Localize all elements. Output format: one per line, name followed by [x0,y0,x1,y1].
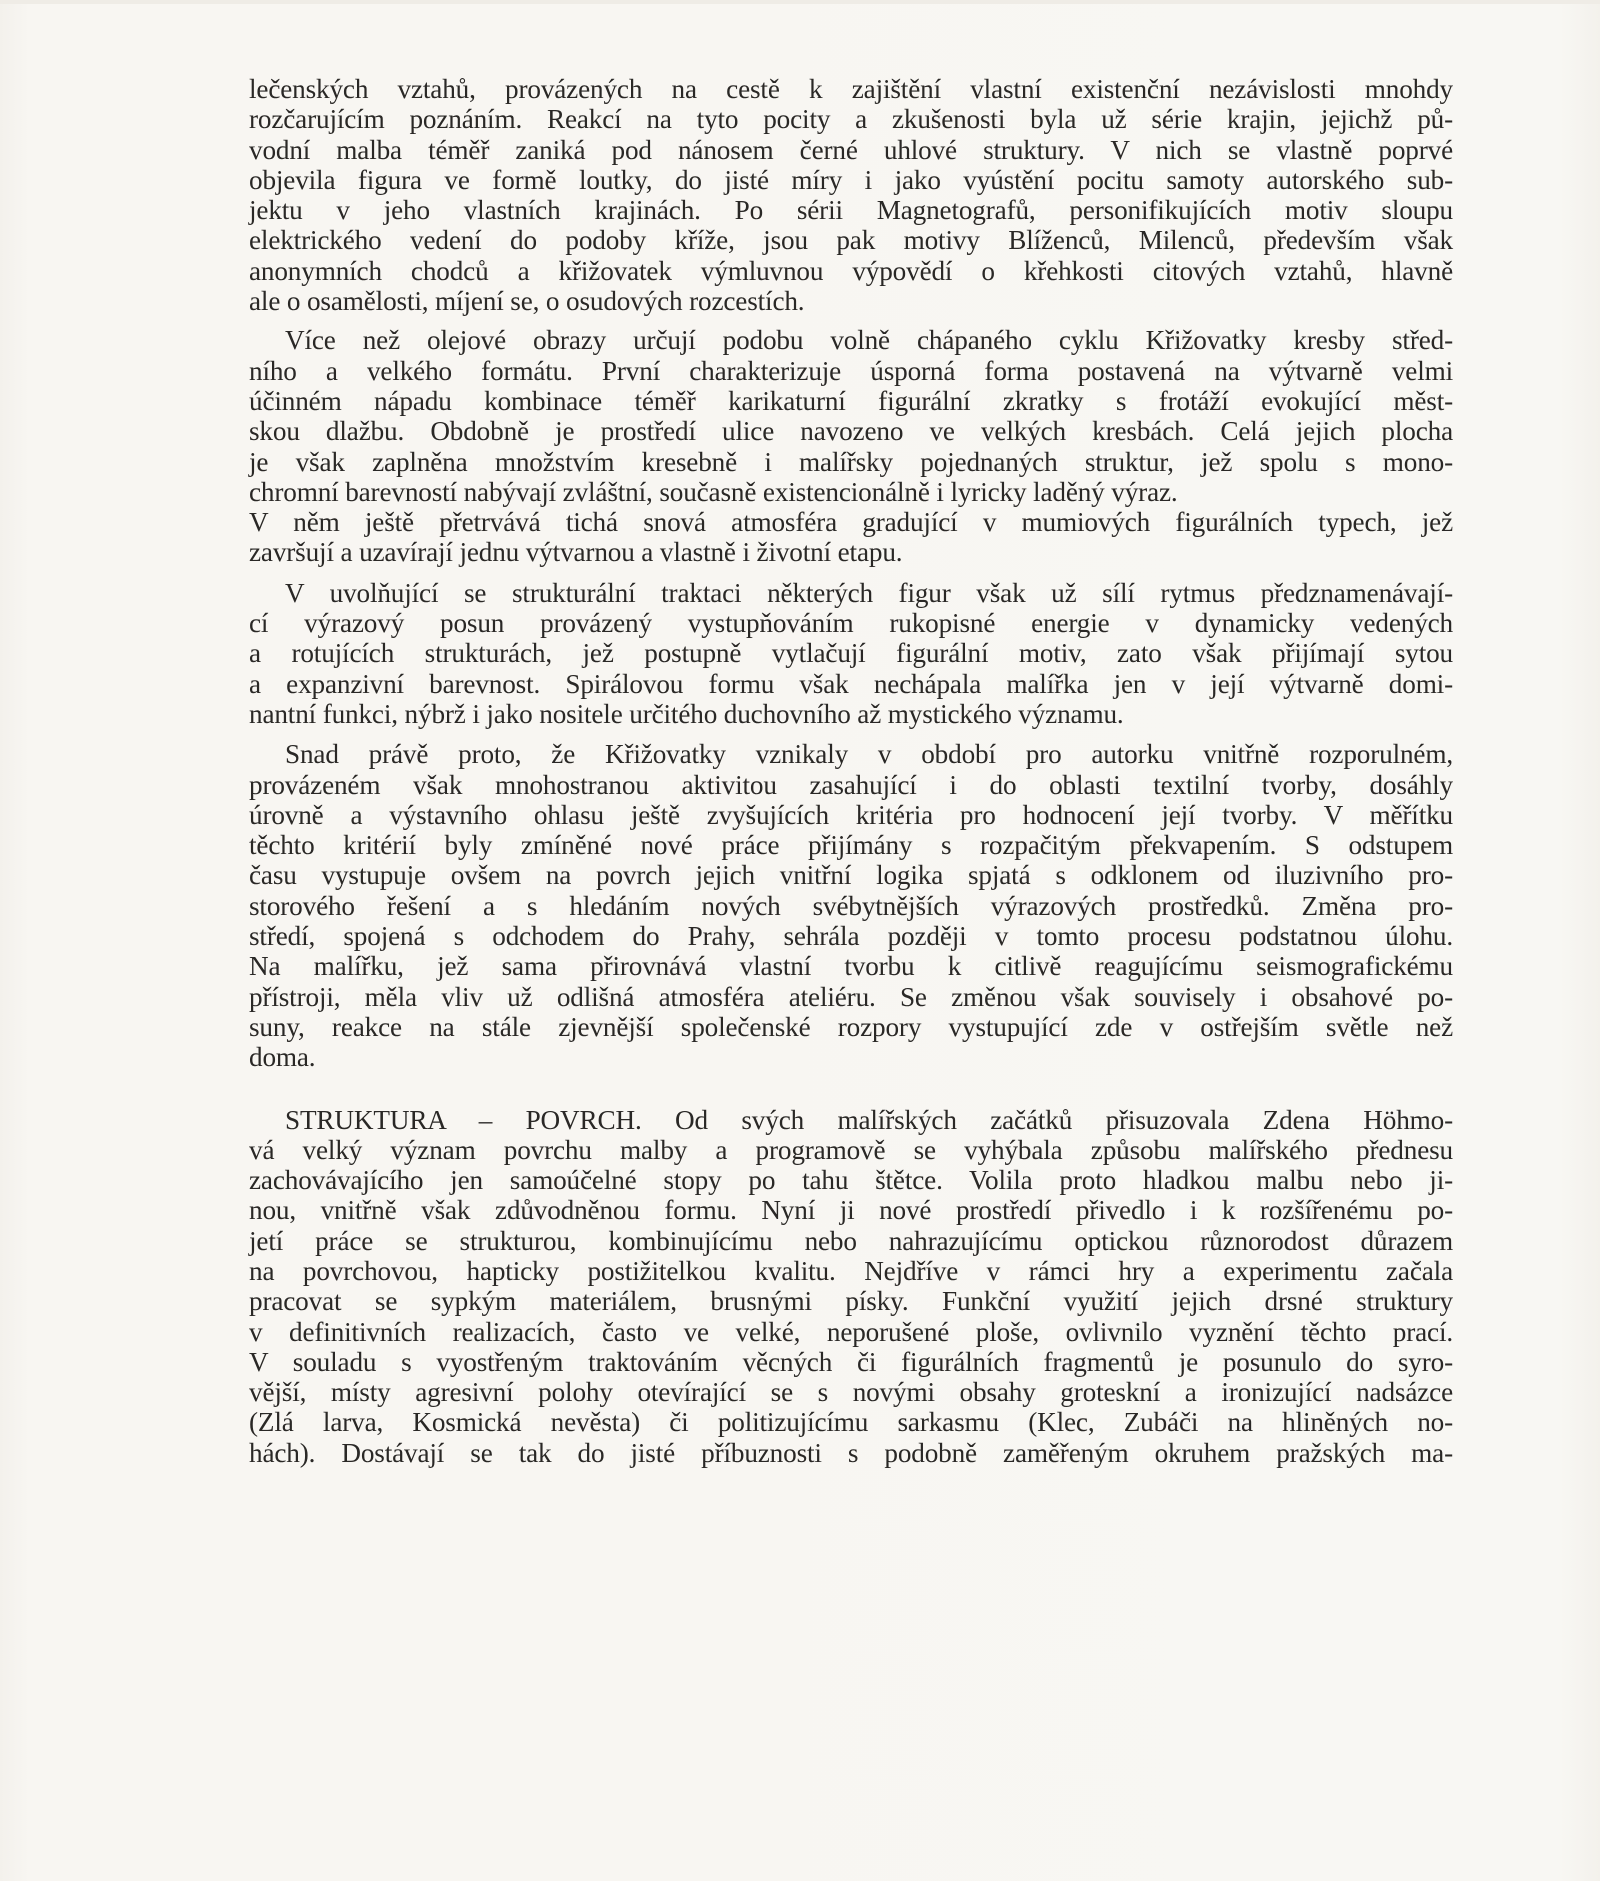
text-line: přístroji, měla vliv už odlišná atmosfér… [249,982,1453,1012]
text-line: suny, reakce na stále zjevnější společen… [249,1012,1453,1042]
text-line: elektrického vedení do podoby kříže, jso… [249,225,1453,255]
text-line: objevila figura ve formě loutky, do jist… [249,165,1453,195]
paragraph-3: V uvolňující se strukturální traktaci ně… [249,578,1453,729]
text-line: a rotujících strukturách, jež postupně v… [249,638,1453,668]
page-edge [0,0,1600,4]
text-line: vější, místy agresivní polohy otevírajíc… [249,1377,1453,1407]
text-line: jektu v jeho vlastních krajinách. Po sér… [249,195,1453,225]
paragraph-1: lečenských vztahů, provázených na cestě … [249,74,1453,316]
text-line: provázeném však mnohostranou aktivitou z… [249,770,1453,800]
text-line: ale o osamělosti, míjení se, o osudových… [249,286,1453,316]
text-line: jetí práce se strukturou, kombinujícímu … [249,1226,1453,1256]
text-line: završují a uzavírají jednu výtvarnou a v… [249,537,1453,567]
text-line: Snad právě proto, že Křižovatky vznikaly… [249,739,1453,769]
body-text: lečenských vztahů, provázených na cestě … [249,74,1453,1468]
text-line: skou dlažbu. Obdobně je prostředí ulice … [249,416,1453,446]
text-line: účinném nápadu kombinace téměř karikatur… [249,386,1453,416]
text-line: nou, vnitřně však zdůvodněnou formu. Nyn… [249,1195,1453,1225]
text-line: pracovat se sypkým materiálem, brusnými … [249,1286,1453,1316]
text-line: storového řešení a s hledáním nových své… [249,891,1453,921]
book-page: lečenských vztahů, provázených na cestě … [0,0,1600,1881]
text-line: těchto kritérií byly zmíněné nové práce … [249,830,1453,860]
text-line: hách). Dostávají se tak do jisté příbuzn… [249,1438,1453,1468]
text-line: úrovně a výstavního ohlasu ještě zvyšují… [249,800,1453,830]
text-line: zachovávajícího jen samoúčelné stopy po … [249,1165,1453,1195]
paragraph-2: Více než olejové obrazy určují podobu vo… [249,325,1453,567]
text-line: ního a velkého formátu. První charakteri… [249,356,1453,386]
paragraph-gap [249,568,1453,578]
text-line: vodní malba téměř zaniká pod nánosem čer… [249,135,1453,165]
text-line: doma. [249,1042,1453,1072]
text-line: na povrchovou, hapticky postižitelkou kv… [249,1256,1453,1286]
paragraph-4: Snad právě proto, že Křižovatky vznikaly… [249,739,1453,1072]
text-line: (Zlá larva, Kosmická nevěsta) či politiz… [249,1407,1453,1437]
paragraph-gap [249,729,1453,739]
text-line: Na malířku, jež sama přirovnává vlastní … [249,951,1453,981]
text-line: nantní funkci, nýbrž i jako nositele urč… [249,699,1453,729]
text-line: rozčarujícím poznáním. Reakcí na tyto po… [249,104,1453,134]
text-line: V něm ještě přetrvává tichá snová atmosf… [249,507,1453,537]
section-gap [249,1073,1453,1105]
text-line: středí, spojená s odchodem do Prahy, seh… [249,921,1453,951]
text-line: času vystupuje ovšem na povrch jejich vn… [249,860,1453,890]
text-line: chromní barevností nabývají zvláštní, so… [249,477,1453,507]
paragraph-5-struktura-povrch: STRUKTURA – POVRCH. Od svých malířských … [249,1105,1453,1469]
text-line: V uvolňující se strukturální traktaci ně… [249,578,1453,608]
text-line: a expanzivní barevnost. Spirálovou formu… [249,669,1453,699]
text-line: V souladu s vyostřeným traktováním věcný… [249,1347,1453,1377]
text-line: anonymních chodců a křižovatek výmluvnou… [249,256,1453,286]
text-line: lečenských vztahů, provázených na cestě … [249,74,1453,104]
paragraph-gap [249,316,1453,325]
text-line: v definitivních realizacích, často ve ve… [249,1317,1453,1347]
text-line: je však zaplněna množstvím kresebně i ma… [249,447,1453,477]
text-line: vá velký význam povrchu malby a programo… [249,1135,1453,1165]
text-line: STRUKTURA – POVRCH. Od svých malířských … [249,1105,1453,1135]
text-line: cí výrazový posun provázený vystupňování… [249,608,1453,638]
text-line: Více než olejové obrazy určují podobu vo… [249,325,1453,355]
